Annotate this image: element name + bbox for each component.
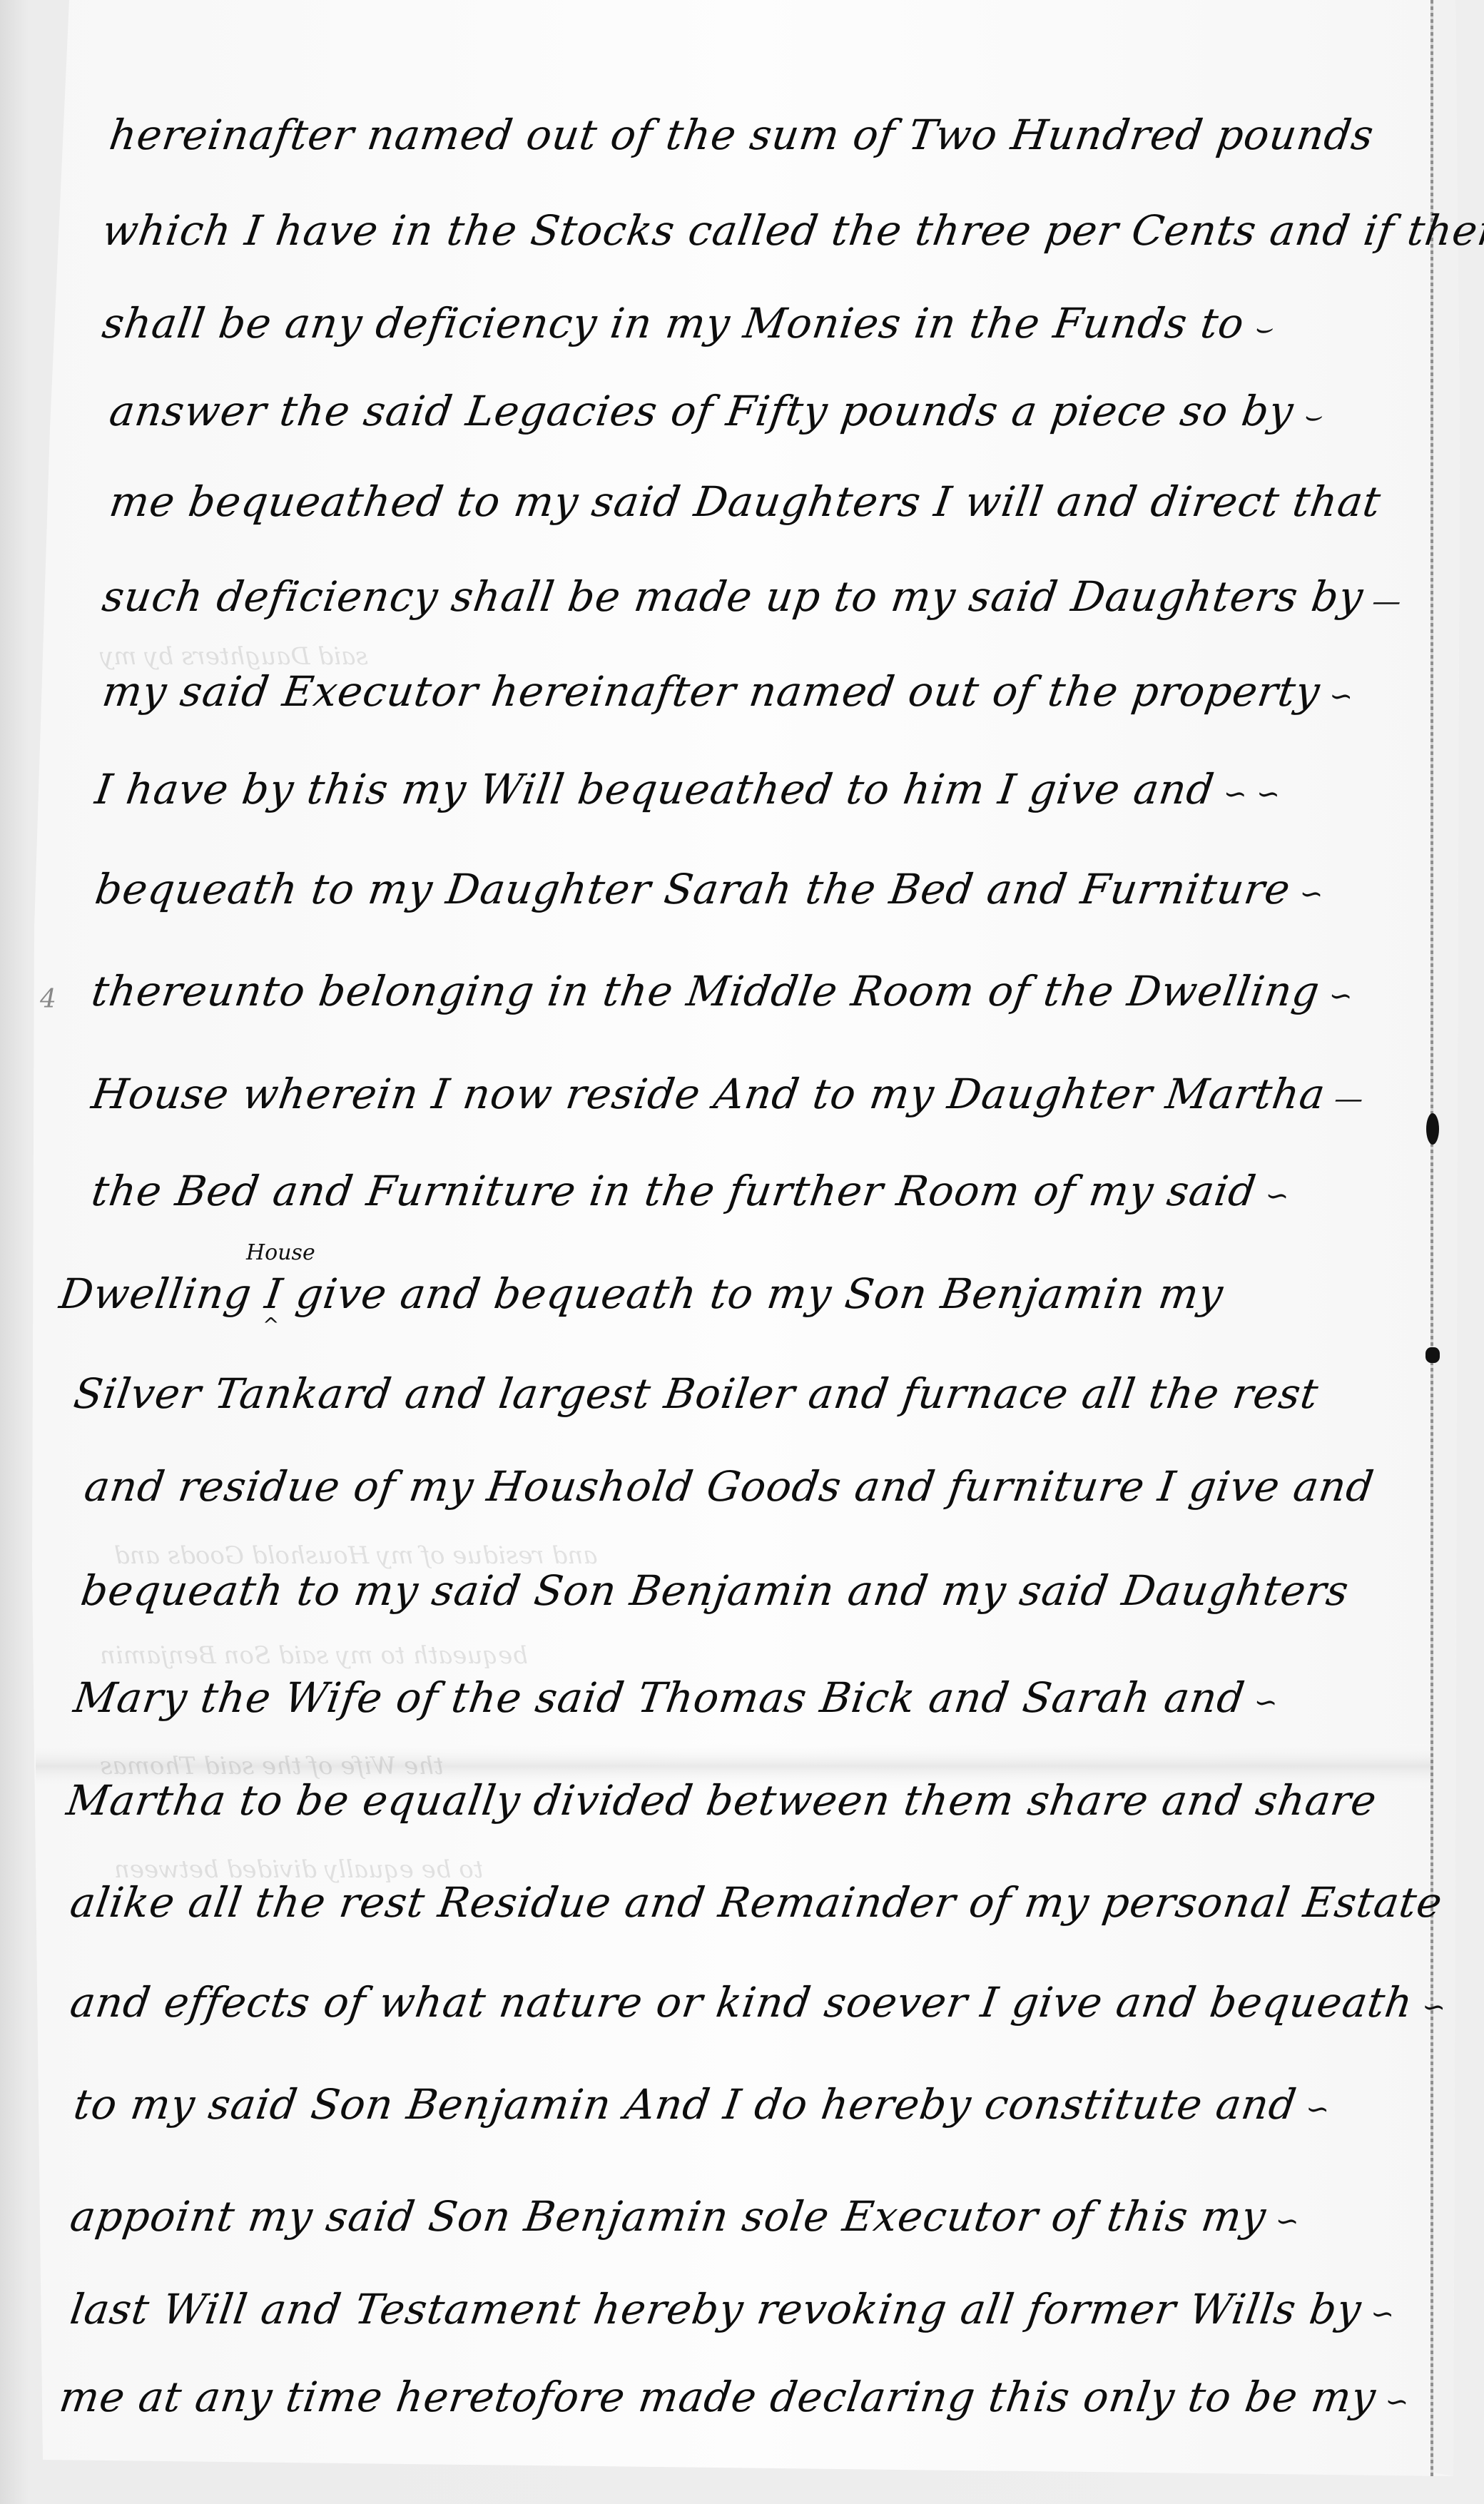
text-line: hereinafter named out of the sum of Two … bbox=[107, 114, 1386, 156]
line-text: alike all the rest Residue and Remainder… bbox=[67, 1878, 1445, 1927]
line-text: House wherein I now reside And to my Dau… bbox=[88, 1070, 1328, 1118]
text-line: me bequeathed to my said Daughters I wil… bbox=[107, 481, 1393, 522]
line-filler: ∽ bbox=[1420, 1993, 1448, 2022]
line-filler: ∽ bbox=[1368, 2300, 1396, 2328]
line-text: shall be any deficiency in my Monies in … bbox=[99, 299, 1247, 348]
text-line: to my said Son Benjamin And I do hereby … bbox=[71, 2084, 1333, 2125]
text-line: bequeath to my said Son Benjamin and my … bbox=[78, 1570, 1361, 1611]
insertion-caret: ^ bbox=[263, 1313, 279, 1337]
line-text: thereunto belonging in the Middle Room o… bbox=[88, 967, 1323, 1015]
text-line: such deficiency shall be made up to my s… bbox=[100, 576, 1405, 617]
text-line: shall be any deficiency in my Monies in … bbox=[100, 303, 1276, 344]
line-text: bequeath to my Daughter Sarah the Bed an… bbox=[92, 865, 1294, 913]
text-line: Silver Tankard and largest Boiler and fu… bbox=[71, 1373, 1331, 1414]
line-text: which I have in the Stocks called the th… bbox=[99, 206, 1484, 255]
manuscript-text: hereinafter named out of the sum of Two … bbox=[0, 0, 1484, 2504]
line-filler: ∽ bbox=[1327, 982, 1355, 1010]
line-filler: — bbox=[1333, 1085, 1366, 1113]
text-line: and residue of my Houshold Goods and fur… bbox=[82, 1466, 1387, 1507]
line-text: me bequeathed to my said Daughters I wil… bbox=[106, 477, 1384, 526]
line-text: my said Executor hereinafter named out o… bbox=[99, 667, 1323, 716]
line-filler: ∽ bbox=[1303, 2095, 1331, 2124]
line-text: and residue of my Houshold Goods and fur… bbox=[81, 1462, 1377, 1511]
line-text: and effects of what nature or kind soeve… bbox=[67, 1978, 1416, 2027]
text-line: bequeath to my Daughter Sarah the Bed an… bbox=[93, 868, 1327, 910]
text-line: thereunto belonging in the Middle Room o… bbox=[89, 970, 1356, 1012]
line-filler: ∽ bbox=[1264, 1182, 1291, 1210]
line-filler: ⌣ bbox=[1251, 314, 1274, 343]
text-line: and effects of what nature or kind soeve… bbox=[68, 1982, 1449, 2023]
line-text: such deficiency shall be made up to my s… bbox=[99, 572, 1366, 621]
text-line: me at any time heretofore made declaring… bbox=[57, 2376, 1413, 2418]
line-filler: ∽ bbox=[1383, 2388, 1411, 2416]
line-text: I have by this my Will bequeathed to him… bbox=[92, 765, 1217, 813]
text-line: the Bed and Furniture in the further Roo… bbox=[89, 1170, 1293, 1212]
text-line: Dwelling I give and bequeath to my Son B… bbox=[57, 1273, 1236, 1314]
text-line: appoint my said Son Benjamin sole Execut… bbox=[68, 2196, 1303, 2237]
line-filler: ∽ bbox=[1298, 880, 1326, 908]
line-text: Martha to be equally divided between the… bbox=[63, 1776, 1380, 1825]
line-text: Silver Tankard and largest Boiler and fu… bbox=[71, 1369, 1321, 1418]
text-line: Martha to be equally divided between the… bbox=[64, 1780, 1389, 1821]
text-line: I have by this my Will bequeathed to him… bbox=[93, 769, 1284, 810]
line-filler: ∽ ∽ bbox=[1221, 780, 1282, 809]
line-text: appoint my said Son Benjamin sole Execut… bbox=[67, 2192, 1269, 2241]
line-text: to my said Son Benjamin And I do hereby … bbox=[71, 2080, 1299, 2129]
text-line: House wherein I now reside And to my Dau… bbox=[89, 1073, 1367, 1115]
inserted-word: House bbox=[246, 1240, 315, 1265]
line-filler: — bbox=[1371, 587, 1403, 616]
line-filler: ∽ bbox=[1252, 1688, 1280, 1717]
line-text: Mary the Wife of the said Thomas Bick an… bbox=[71, 1673, 1248, 1722]
line-text: me at any time heretofore made declaring… bbox=[56, 2373, 1379, 2421]
line-filler: ∽ bbox=[1327, 682, 1355, 711]
text-line: answer the said Legacies of Fifty pounds… bbox=[107, 390, 1325, 432]
line-text: bequeath to my said Son Benjamin and my … bbox=[78, 1566, 1352, 1615]
text-line: alike all the rest Residue and Remainder… bbox=[68, 1882, 1455, 1923]
line-text: last Will and Testament hereby revoking … bbox=[67, 2285, 1364, 2333]
text-line: Mary the Wife of the said Thomas Bick an… bbox=[71, 1677, 1281, 1718]
text-line: which I have in the Stocks called the th… bbox=[100, 210, 1484, 251]
text-line: my said Executor hereinafter named out o… bbox=[100, 671, 1357, 712]
line-filler: ⌣ bbox=[1301, 402, 1323, 430]
line-filler: ∽ bbox=[1274, 2207, 1301, 2236]
text-line: last Will and Testament hereby revoking … bbox=[68, 2288, 1398, 2330]
line-text: Dwelling I give and bequeath to my Son B… bbox=[56, 1269, 1226, 1318]
line-text: answer the said Legacies of Fifty pounds… bbox=[106, 387, 1296, 435]
line-text: the Bed and Furniture in the further Roo… bbox=[88, 1167, 1259, 1215]
line-text: hereinafter named out of the sum of Two … bbox=[106, 111, 1377, 159]
